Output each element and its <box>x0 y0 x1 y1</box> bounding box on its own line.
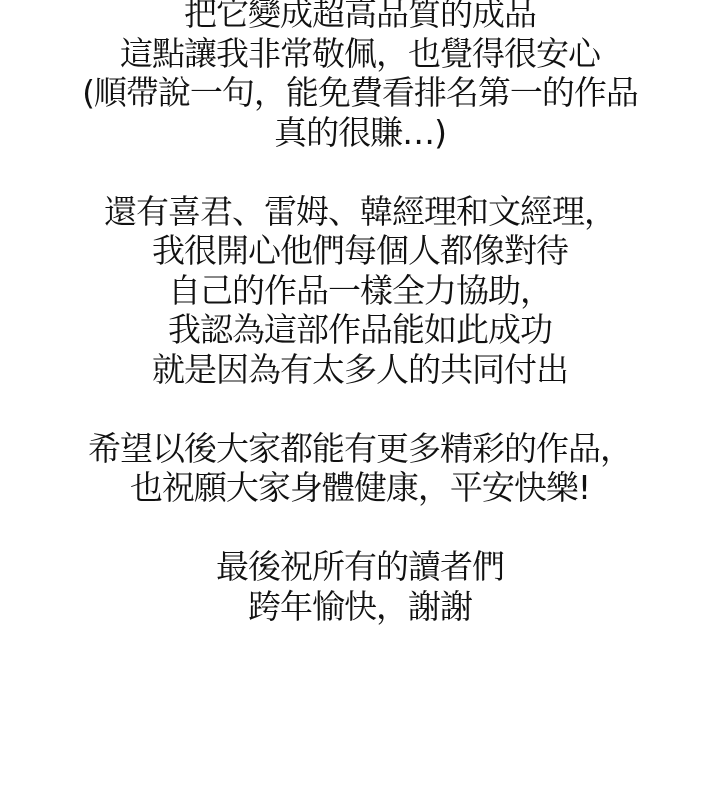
paragraph-wishes: 希望以後大家都能有更多精彩的作品， 也祝願大家身體健康，平安快樂! <box>0 429 720 508</box>
text-line: 就是因為有太多人的共同付出 <box>0 350 720 390</box>
paragraph-spacer <box>0 152 720 192</box>
text-line: (順帶說一句，能免費看排名第一的作品 <box>0 73 720 113</box>
text-line: 我很開心他們每個人都像對待 <box>0 231 720 271</box>
text-line: 最後祝所有的讀者們 <box>0 547 720 587</box>
text-line: 還有喜君、雷姆、韓經理和文經理， <box>0 192 720 232</box>
text-line: 真的很賺…) <box>0 113 720 153</box>
paragraph-closing: 最後祝所有的讀者們 跨年愉快，謝謝 <box>0 547 720 626</box>
text-line: 把它變成超高品質的成品 <box>0 0 720 34</box>
text-line: 也祝願大家身體健康，平安快樂! <box>0 468 720 508</box>
afterword-page: 把它變成超高品質的成品 這點讓我非常敬佩，也覺得很安心 (順帶說一句，能免費看排… <box>0 0 720 626</box>
paragraph-team-thanks: 還有喜君、雷姆、韓經理和文經理， 我很開心他們每個人都像對待 自己的作品一樣全力… <box>0 192 720 390</box>
paragraph-spacer <box>0 389 720 429</box>
text-line: 我認為這部作品能如此成功 <box>0 310 720 350</box>
paragraph-gratitude-quality: 把它變成超高品質的成品 這點讓我非常敬佩，也覺得很安心 (順帶說一句，能免費看排… <box>0 0 720 152</box>
paragraph-spacer <box>0 508 720 548</box>
text-line: 這點讓我非常敬佩，也覺得很安心 <box>0 34 720 74</box>
text-line: 自己的作品一樣全力協助， <box>0 271 720 311</box>
text-line: 跨年愉快，謝謝 <box>0 587 720 627</box>
text-line: 希望以後大家都能有更多精彩的作品， <box>0 429 720 469</box>
